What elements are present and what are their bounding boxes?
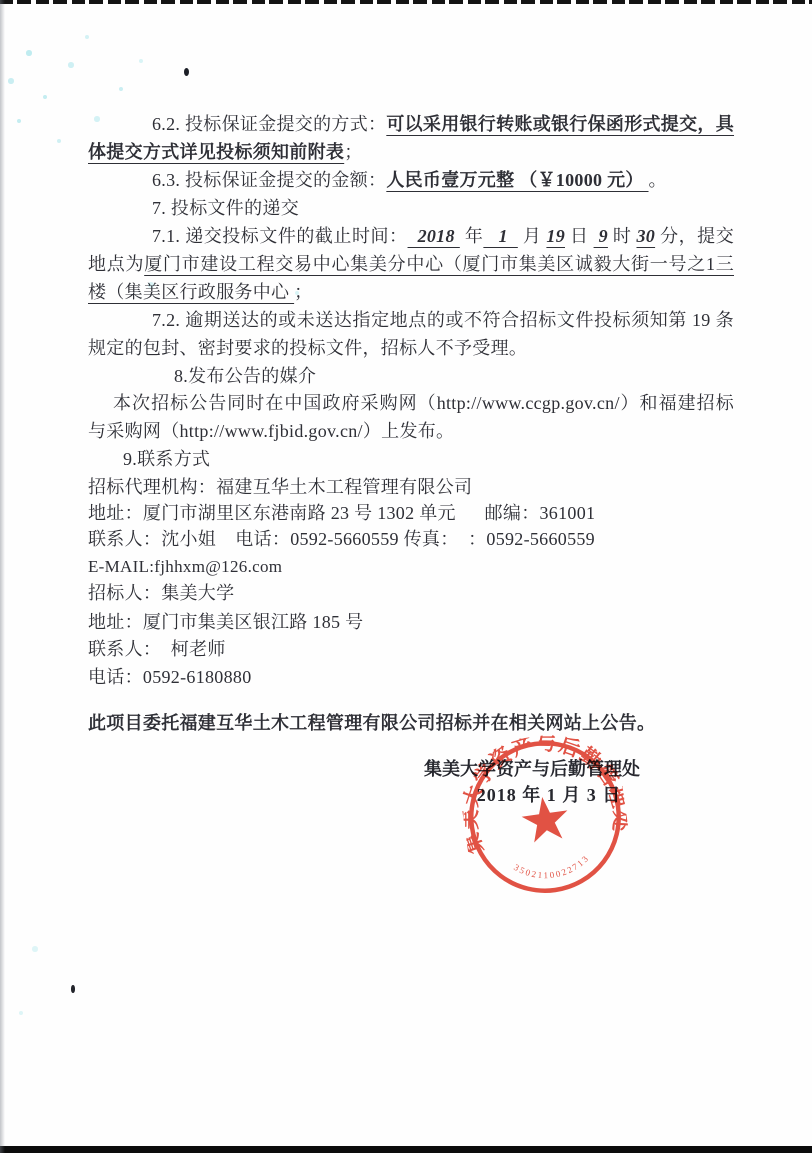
official-red-seal: 集美大学资产与后勤管理处 3502110022713 bbox=[454, 726, 637, 909]
submission-place-underlined: 厦门市建设工程交易中心集美分中心（厦门市集美区诚毅大街一号之1三楼（集美区行政服… bbox=[88, 254, 734, 302]
clause-7-1: 7.1. 递交投标文件的截止时间： 2018 年 1 月 19 日 9 时 30… bbox=[88, 222, 734, 306]
scanned-tender-document-page: 6.2. 投标保证金提交的方式：可以采用银行转账或银行保函形式提交，具体提交方式… bbox=[0, 0, 812, 1153]
clause-7-2: 7.2. 逾期送达的或未送达指定地点的或不符合招标文件投标须知第 19 条规定的… bbox=[88, 306, 734, 362]
deadline-hour: 9 bbox=[594, 226, 608, 246]
clause-6-2-tail: ； bbox=[344, 142, 362, 162]
clause-7-heading: 7. 投标文件的递交 bbox=[88, 194, 734, 222]
deadline-minute: 30 bbox=[636, 226, 655, 246]
deadline-year: 2018 bbox=[408, 226, 460, 246]
clause-6-3-underlined: 人民币壹万元整 （￥10000 元） bbox=[386, 170, 648, 190]
clause-7-1-tail: ； bbox=[294, 282, 312, 302]
clause-6-3-label: 6.3. 投标保证金提交的金额： bbox=[152, 170, 386, 190]
hour-label: 时 bbox=[608, 226, 637, 246]
deadline-month: 1 bbox=[483, 226, 517, 246]
tenderee-phone-line: 电话：0592-6180880 bbox=[88, 663, 734, 691]
section-8-body: 本次招标公告同时在中国政府采购网（http://www.ccgp.gov.cn/… bbox=[88, 389, 734, 445]
agency-name-line: 招标代理机构：福建互华土木工程管理有限公司 bbox=[88, 473, 734, 501]
scan-edge-left bbox=[0, 0, 5, 1153]
seal-ring-text: 集美大学资产与后勤管理处 bbox=[454, 726, 637, 858]
tenderee-contact-line: 联系人： 柯老师 bbox=[88, 635, 734, 663]
clause-6-3: 6.3. 投标保证金提交的金额：人民币壹万元整 （￥10000 元） 。 bbox=[88, 166, 734, 194]
agency-address-line: 地址：厦门市湖里区东港南路 23 号 1302 单元 邮编：361001 bbox=[88, 499, 734, 527]
clause-6-2: 6.2. 投标保证金提交的方式：可以采用银行转账或银行保函形式提交，具体提交方式… bbox=[88, 110, 734, 166]
scan-edge-top bbox=[0, 0, 812, 4]
closing-statement: 此项目委托福建互华土木工程管理有限公司招标并在相关网站上公告。 bbox=[88, 709, 734, 737]
agency-email-line: E-MAIL:fjhhxm@126.com bbox=[88, 553, 734, 581]
section-8-heading: 8.发布公告的媒介 bbox=[88, 362, 734, 390]
scan-speckles bbox=[0, 0, 2, 2]
year-label: 年 bbox=[460, 226, 484, 246]
section-9-heading: 9.联系方式 bbox=[88, 445, 734, 473]
clause-7-1-label: 7.1. 递交投标文件的截止时间： bbox=[152, 226, 408, 246]
tenderee-name-line: 招标人：集美大学 bbox=[88, 579, 734, 607]
agency-contact-line: 联系人：沈小姐 电话：0592-5660559 传真： ：0592-566055… bbox=[88, 525, 734, 553]
seal-star-icon bbox=[519, 794, 571, 844]
clause-6-2-label: 6.2. 投标保证金提交的方式： bbox=[152, 114, 386, 134]
deadline-day: 19 bbox=[546, 226, 565, 246]
month-label: 月 bbox=[518, 226, 547, 246]
clause-6-3-tail: 。 bbox=[649, 170, 667, 190]
day-label: 日 bbox=[565, 226, 594, 246]
ink-spot bbox=[71, 985, 75, 993]
tenderee-address-line: 地址：厦门市集美区银江路 185 号 bbox=[88, 608, 734, 636]
scan-edge-bottom bbox=[0, 1146, 812, 1153]
ink-spot bbox=[184, 68, 189, 76]
